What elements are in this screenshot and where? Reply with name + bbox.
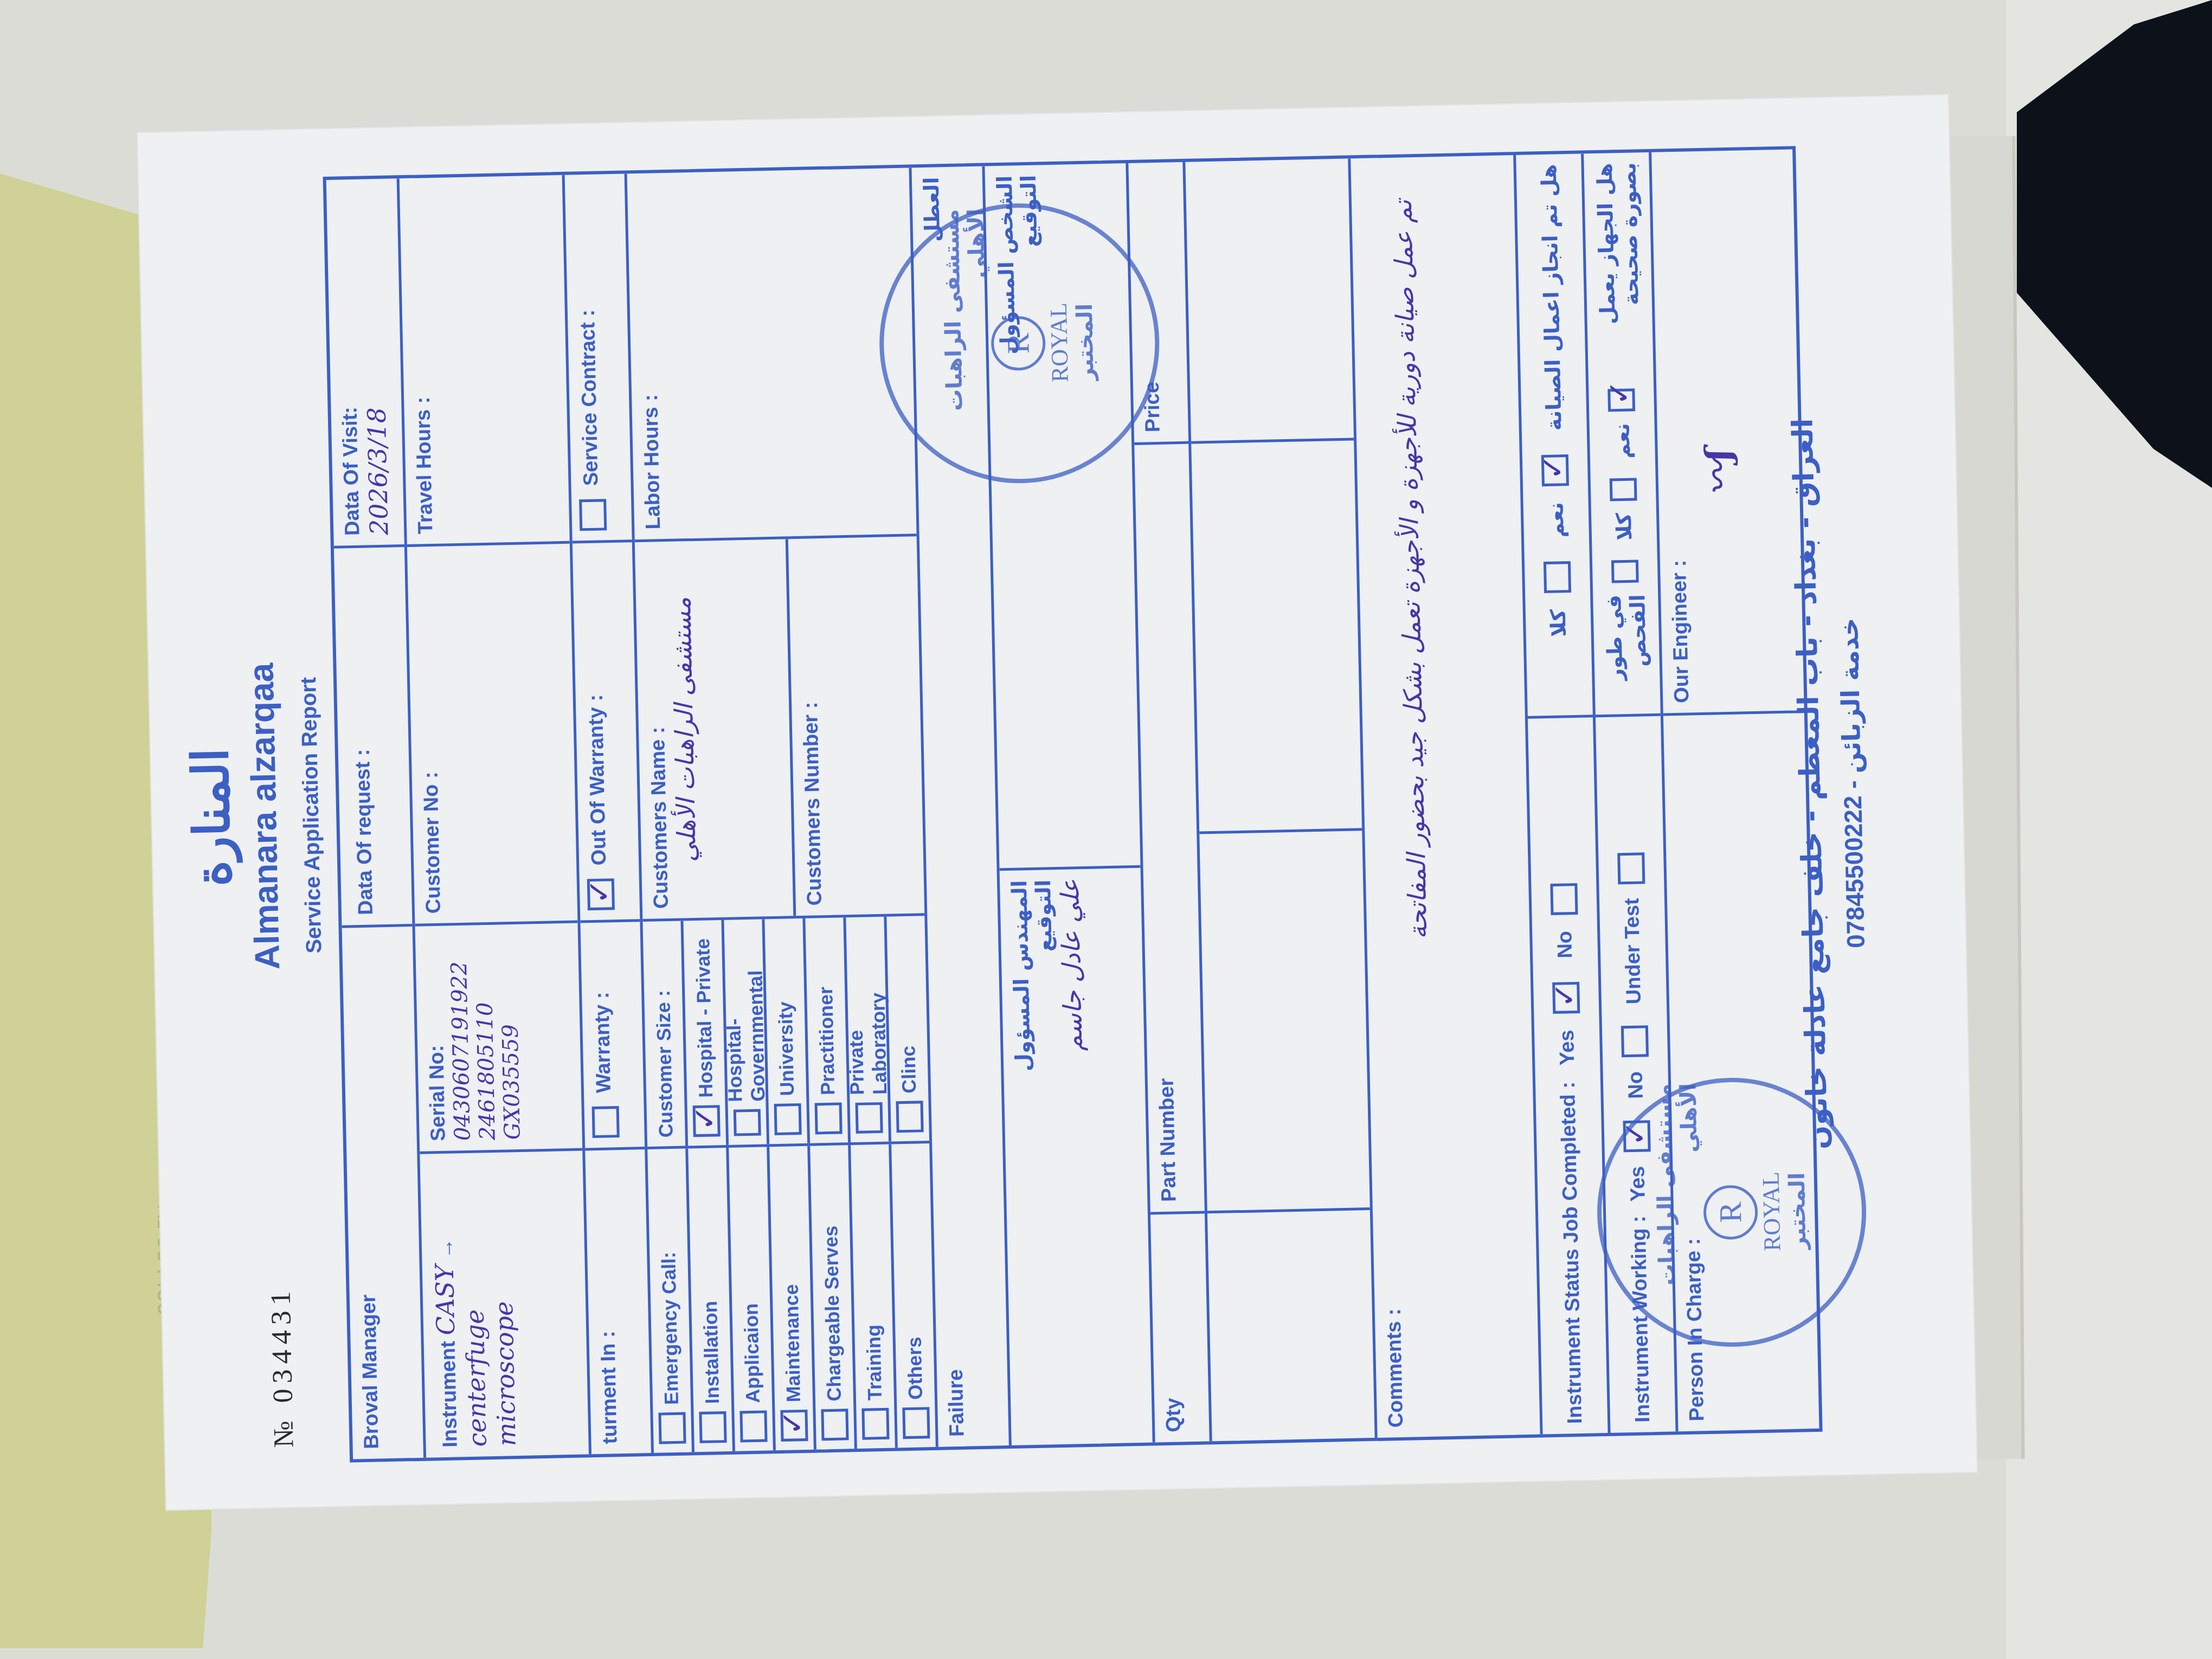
comments-label: Comments : — [1382, 1308, 1408, 1427]
option-clinic[interactable]: Clinc — [884, 916, 929, 1141]
option-private-laboratory[interactable]: Private Laboratory — [843, 917, 889, 1142]
option-university[interactable]: University — [762, 918, 807, 1144]
option-practitioner[interactable]: Practitioner — [802, 917, 848, 1143]
option-application[interactable]: Applicaion — [726, 1147, 773, 1451]
royal-r-icon-secondary: R — [1703, 1185, 1758, 1240]
service-report-sheet: المنارة Almanara alzarqaa № 034431 Servi… — [138, 95, 1977, 1509]
labor-hours-label: Labor Hours : — [639, 394, 665, 530]
parts-table-row[interactable] — [1182, 159, 1374, 1442]
customer-number-field[interactable]: Customers Number : — [788, 538, 835, 916]
option-hospital-governmental[interactable]: Hospital-Governmental — [721, 919, 767, 1144]
engineer-signature-scribble: 〰︎ʃ — [1690, 448, 1741, 496]
working-ar-yes-checkbox[interactable] — [1607, 388, 1635, 411]
warranty-option[interactable]: Warranty : — [580, 922, 645, 1150]
customer-size-label: Customer Size : — [642, 921, 685, 1147]
customer-name-field[interactable]: Customers Name : مستشفى الراهبات الأهلي — [635, 539, 796, 919]
customer-size-options: Customer Size : Hospital - Private Hospi… — [642, 916, 929, 1149]
footer-service: خدمة الزبائن — [1834, 618, 1867, 774]
logo-arabic: المنارة — [181, 748, 242, 887]
instrument-working-ar-field: هل الجهاز يعمل بصورة صحيحة نعم كلا في طو… — [1584, 152, 1661, 717]
col-qty: Qty — [1150, 1213, 1210, 1442]
responsible-engineer-field[interactable]: المهندس المسؤول التوقيع علي عادل جاسم — [1000, 868, 1153, 1445]
form-serial-number: № 034431 — [265, 1285, 300, 1448]
customer-info: Customers Name : مستشفى الراهبات الأهلي … — [635, 536, 925, 922]
customer-number-label: Customers Number : — [796, 548, 827, 906]
comments-field[interactable]: Comments : تم عمل صيانة دورية للأجهزة و … — [1351, 155, 1540, 1438]
job-completed-no-checkbox[interactable] — [1550, 883, 1578, 915]
job-completed-ar-yes-checkbox[interactable] — [1541, 454, 1569, 486]
travel-hours-label: Travel Hours : — [411, 396, 437, 534]
turment-in-label-cell: turment In : — [585, 1149, 651, 1454]
customer-no-field[interactable]: Customer No : — [407, 544, 578, 927]
service-contract-option[interactable]: Service Contract : — [565, 173, 632, 543]
working-no-checkbox[interactable] — [1621, 1026, 1649, 1058]
labor-hours-field[interactable]: Labor Hours : — [627, 168, 917, 542]
working-ar-under-test-checkbox[interactable] — [1611, 560, 1639, 583]
option-hospital-private[interactable]: Hospital - Private — [680, 920, 726, 1146]
out-of-warranty-checkbox[interactable] — [587, 878, 615, 910]
option-chargeable-serves[interactable]: Chargeable Serves — [807, 1145, 854, 1449]
instrument-field[interactable]: Instrument CASY → centerfuge microscope — [420, 1150, 589, 1457]
travel-hours-field[interactable]: Travel Hours : — [400, 175, 570, 547]
customer-no-label: Customer No : — [420, 771, 445, 914]
comments-value: تم عمل صيانة دورية للأجهزة و الأجهزة تعم… — [1382, 167, 1449, 1427]
job-completed-ar-no-checkbox[interactable] — [1544, 561, 1571, 593]
failure-label: Failure — [944, 1368, 1001, 1437]
serial-no-field[interactable]: Serial No: 0430607191922 2461805110 GX03… — [415, 923, 583, 1154]
working-under-test-checkbox[interactable] — [1617, 852, 1645, 884]
service-form: المنارة Almanara alzarqaa № 034431 Servi… — [159, 113, 1889, 1488]
option-maintenance[interactable]: Maintenance — [767, 1146, 814, 1450]
job-completed-ar-field: هل تم انجاز اعمال الصيانة نعم كلا — [1516, 154, 1593, 719]
option-others[interactable]: Others — [889, 1143, 936, 1448]
date-of-request-field[interactable]: Data Of request : — [334, 547, 413, 928]
royal-r-icon: R — [991, 316, 1046, 371]
service-contract-checkbox[interactable] — [579, 499, 607, 531]
working-ar-no-checkbox[interactable] — [1610, 478, 1637, 501]
job-completed-yes-checkbox[interactable] — [1552, 982, 1580, 1014]
warranty-checkbox[interactable] — [592, 1106, 620, 1138]
instrument-label: Instrument — [437, 1341, 462, 1448]
out-of-warranty-option[interactable]: Out Of Warranty : — [573, 542, 640, 923]
approval-label: Broval Manager — [357, 1294, 383, 1449]
option-installation[interactable]: Installation — [685, 1148, 732, 1452]
turment-in-options: Emergency Call: Installation Applicaion … — [647, 1143, 936, 1453]
option-training[interactable]: Training — [848, 1144, 895, 1449]
date-of-visit-field[interactable]: Data Of Visit: 2026/3/18 — [326, 178, 404, 549]
approval-manager-field[interactable]: Broval Manager — [342, 927, 423, 1459]
date-of-request-label: Data Of request : — [351, 749, 377, 915]
our-engineer-field[interactable]: Our Engineer : 〰︎ʃ — [1651, 149, 1804, 716]
option-emergency-call[interactable]: Emergency Call: — [647, 1149, 692, 1453]
footer-phone: 07845500222 — [1838, 795, 1870, 948]
